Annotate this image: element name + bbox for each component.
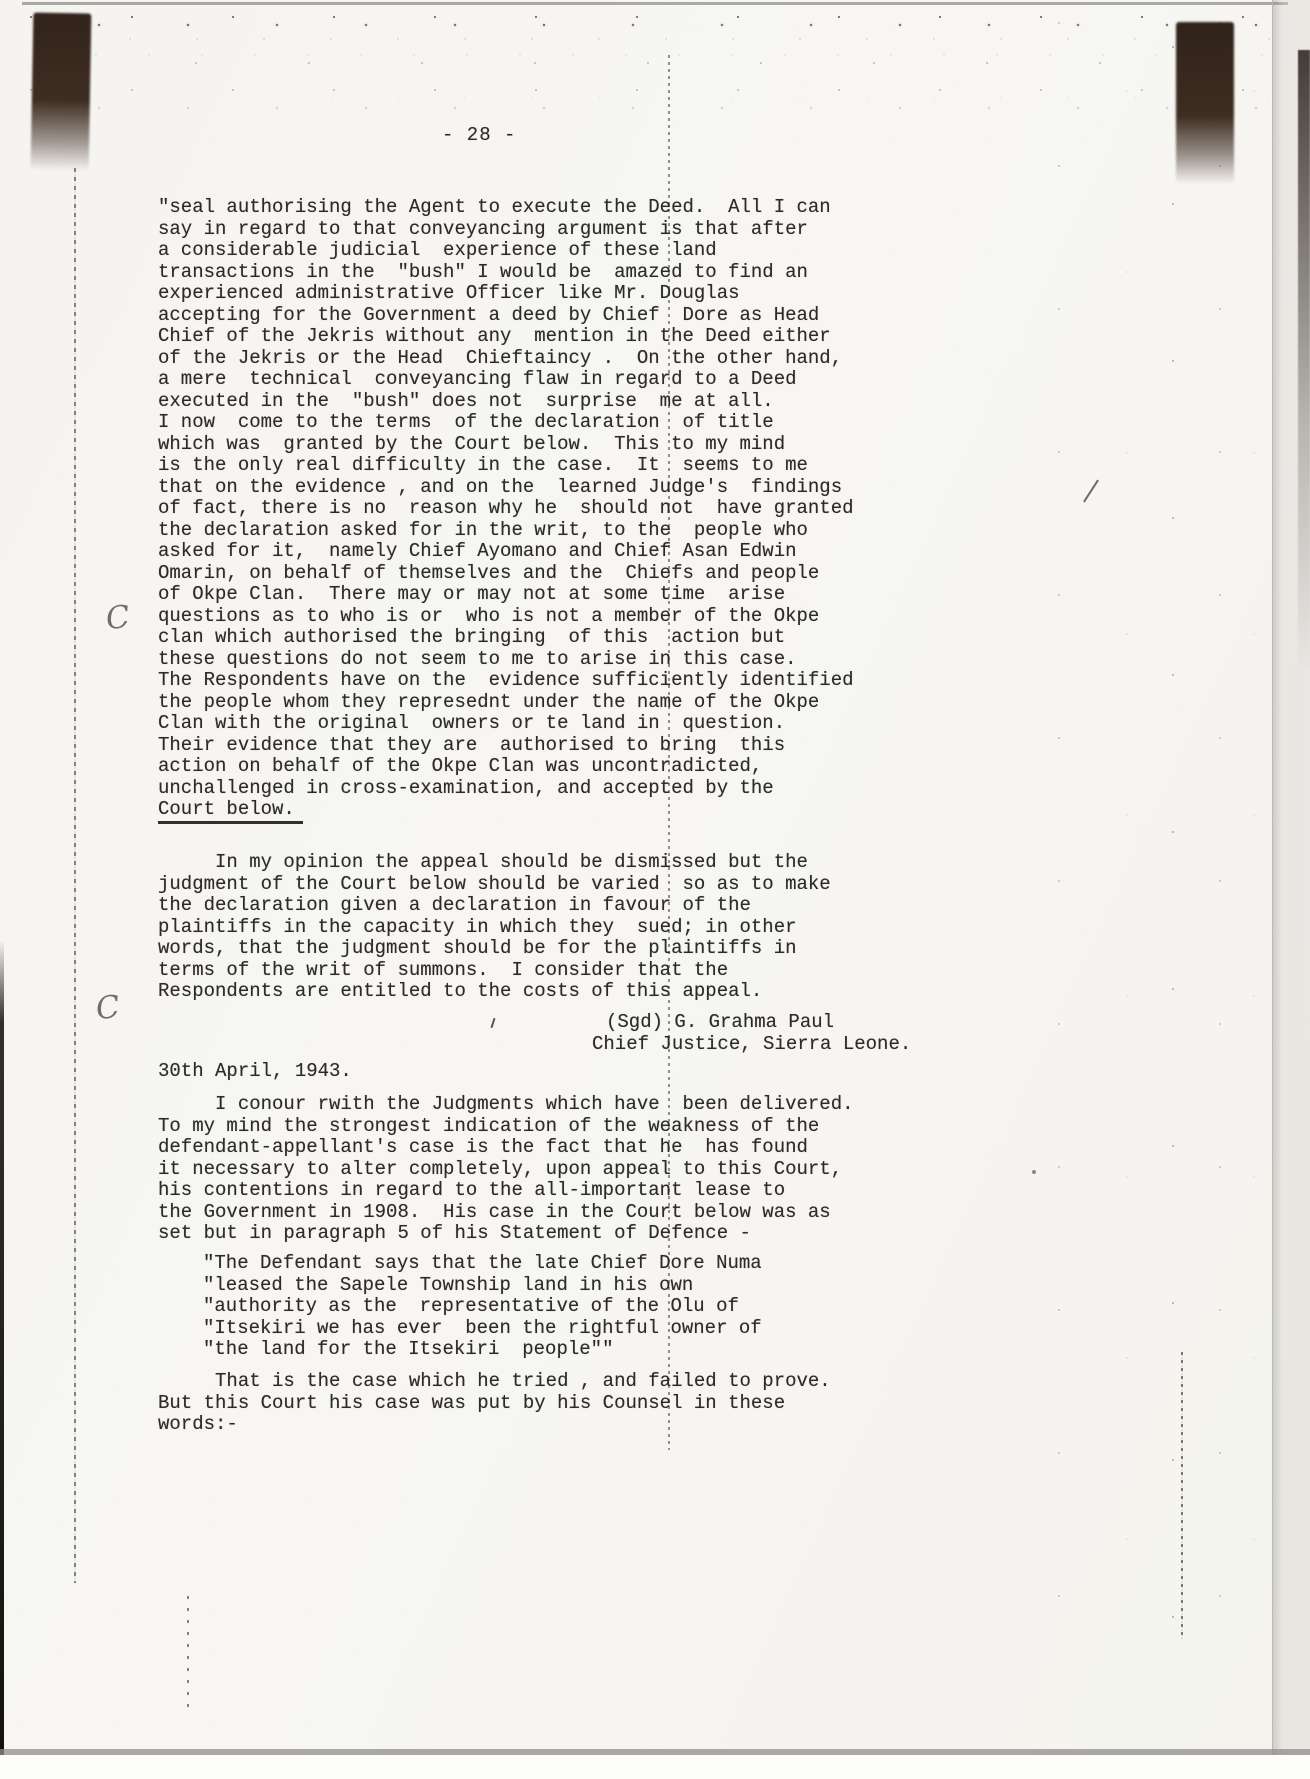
pencil-tick-mark (491, 1018, 496, 1028)
judgment-paragraph-2: In my opinion the appeal should be dismi… (158, 852, 831, 1003)
judgment-paragraph-1: "seal authorising the Agent to execute t… (158, 197, 854, 799)
bottom-left-dotted-line (187, 1596, 189, 1712)
signature-title-line: Chief Justice, Sierra Leone. (592, 1034, 911, 1056)
statement-of-defence-quote: "The Defendant says that the late Chief … (203, 1253, 762, 1361)
bottom-right-dotted-line (1181, 1352, 1183, 1640)
ink-smudge-top-left (31, 13, 92, 172)
left-margin-dotted-line (74, 168, 76, 1583)
right-margin-speckle-noise (1040, 0, 1275, 1700)
dark-edge-smudge-right (1298, 50, 1310, 670)
left-edge-scan-bar (0, 940, 4, 1758)
ink-smudge-top-right (1176, 22, 1234, 184)
page-number: - 28 - (442, 124, 516, 146)
top-speckle-noise-band (20, 8, 1290, 138)
scanned-document-page: C C - 28 - "seal authorising the Agent t… (0, 0, 1310, 1779)
date-line: 30th April, 1943. (158, 1061, 352, 1083)
signature-sgd-line: (Sgd) G. Grahma Paul (606, 1012, 834, 1034)
top-edge-scan-line (22, 2, 1288, 5)
scanner-background (0, 1755, 1310, 1779)
judgment-paragraph-1-underlined-line: Court below. (158, 799, 303, 821)
underlined-court-below: Court below. (158, 798, 303, 824)
pencil-slash-mark (1083, 480, 1099, 503)
handwritten-margin-mark-2: C (94, 989, 122, 1028)
judgment-paragraph-4: That is the case which he tried , and fa… (158, 1371, 831, 1436)
handwritten-margin-mark-1: C (104, 599, 132, 638)
dust-speck (1032, 1170, 1036, 1174)
judgment-paragraph-3: I conour rwith the Judgments which have … (158, 1094, 854, 1245)
